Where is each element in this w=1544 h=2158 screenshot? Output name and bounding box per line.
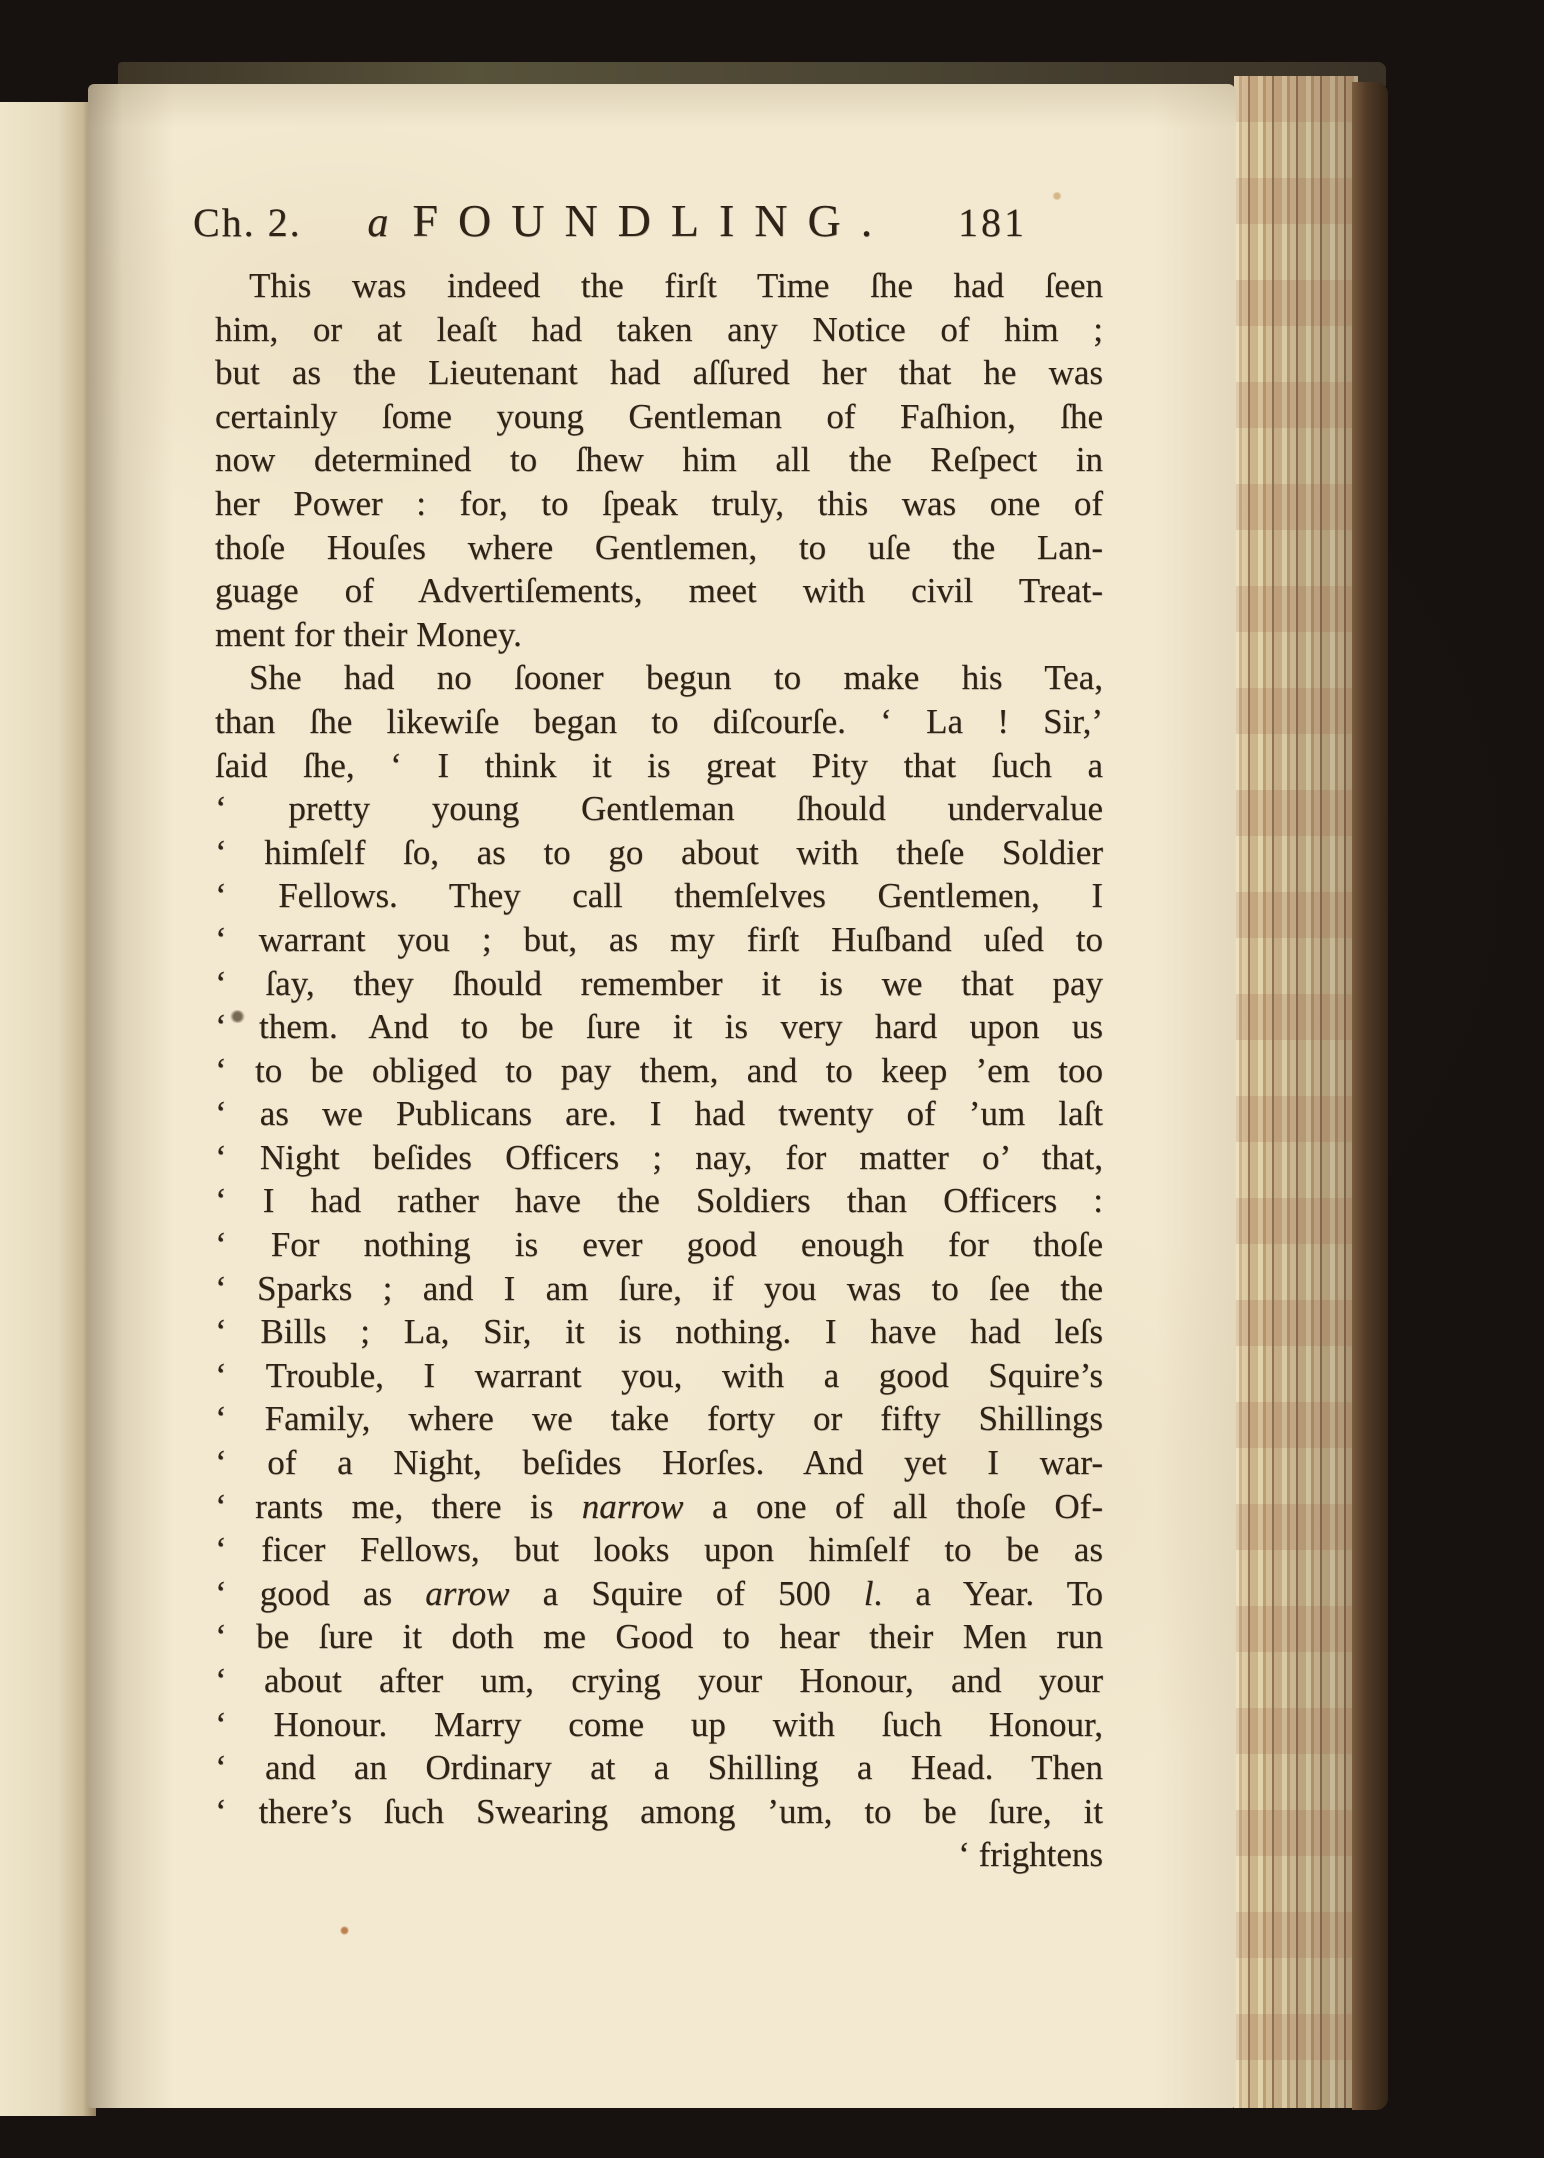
book-photo: Ch. 2. aFOUNDLING. 181 This was indeed t… [0, 0, 1544, 2158]
page-header: Ch. 2. aFOUNDLING. 181 [193, 194, 1103, 247]
text-line: ‘ Sparks ; and I am ſure, if you was to … [215, 1267, 1103, 1311]
title-article: a [367, 200, 388, 246]
text-line: ‘ ſay, they ſhould remember it is we tha… [215, 962, 1103, 1006]
text-line: thoſe Houſes where Gentlemen, to uſe the… [215, 526, 1103, 570]
text-line: ‘ Family, where we take forty or fifty S… [215, 1397, 1103, 1441]
text-line: ‘ them. And to be ſure it is very hard u… [215, 1005, 1103, 1049]
text-line: ‘ I had rather have the Soldiers than Of… [215, 1179, 1103, 1223]
text-line: ſaid ſhe, ‘ I think it is great Pity tha… [215, 744, 1103, 788]
text-line: but as the Lieutenant had aſſured her th… [215, 351, 1103, 395]
text-line: ment for their Money. [215, 613, 1103, 657]
text-line: ‘ be ſure it doth me Good to hear their … [215, 1615, 1103, 1659]
text-line: ‘ good as arrow a Squire of 500 l. a Yea… [215, 1572, 1103, 1616]
text-line: ‘ himſelf ſo, as to go about with theſe … [215, 831, 1103, 875]
text-line: ‘ warrant you ; but, as my firſt Huſband… [215, 918, 1103, 962]
chapter-label: Ch. 2. [193, 199, 302, 246]
previous-page-edge [0, 102, 96, 2116]
text-line: ‘ Trouble, I warrant you, with a good Sq… [215, 1354, 1103, 1398]
text-line: now determined to ſhew him all the Reſpe… [215, 438, 1103, 482]
text-line: ‘ as we Publicans are. I had twenty of ’… [215, 1092, 1103, 1136]
text-line: ‘ pretty young Gentleman ſhould underval… [215, 787, 1103, 831]
book-top-edge [118, 62, 1386, 86]
text-line: ‘ of a Night, beſides Horſes. And yet I … [215, 1441, 1103, 1485]
text-line: ‘ and an Ordinary at a Shilling a Head. … [215, 1746, 1103, 1790]
page-number: 181 [958, 199, 1027, 246]
text-line: than ſhe likewiſe began to diſcourſe. ‘ … [215, 700, 1103, 744]
book-page: Ch. 2. aFOUNDLING. 181 This was indeed t… [88, 84, 1236, 2108]
text-line: her Power : for, to ſpeak truly, this wa… [215, 482, 1103, 526]
text-line: This was indeed the firſt Time ſhe had ſ… [215, 264, 1103, 308]
paper-stain [340, 1926, 349, 1935]
text-lines: This was indeed the firſt Time ſhe had ſ… [215, 264, 1103, 1833]
text-line: guage of Advertiſements, meet with civil… [215, 569, 1103, 613]
title-word: FOUNDLING. [412, 195, 892, 246]
text-line: ‘ Fellows. They call themſelves Gentleme… [215, 874, 1103, 918]
page-stack-fore-edge [1234, 76, 1358, 2108]
text-line: ‘ about after um, crying your Honour, an… [215, 1659, 1103, 1703]
text-line: ‘ Night beſides Officers ; nay, for matt… [215, 1136, 1103, 1180]
text-line: ‘ to be obliged to pay them, and to keep… [215, 1049, 1103, 1093]
page-title: aFOUNDLING. [367, 194, 892, 247]
text-line: certainly ſome young Gentleman of Faſhio… [215, 395, 1103, 439]
text-line: ‘ For nothing is ever good enough for th… [215, 1223, 1103, 1267]
leather-cover-edge [1352, 82, 1388, 2110]
text-line: ‘ rants me, there is narrow a one of all… [215, 1485, 1103, 1529]
text-body: This was indeed the firſt Time ſhe had ſ… [215, 264, 1103, 1877]
text-line: ‘ there’s ſuch Swearing among ’um, to be… [215, 1790, 1103, 1834]
catchword: ‘ frightens [215, 1833, 1103, 1877]
text-line: ‘ Honour. Marry come up with ſuch Honour… [215, 1703, 1103, 1747]
text-line: ‘ ficer Fellows, but looks upon himſelf … [215, 1528, 1103, 1572]
text-line: ‘ Bills ; La, Sir, it is nothing. I have… [215, 1310, 1103, 1354]
text-line: She had no ſooner begun to make his Tea, [215, 656, 1103, 700]
text-line: him, or at leaſt had taken any Notice of… [215, 308, 1103, 352]
